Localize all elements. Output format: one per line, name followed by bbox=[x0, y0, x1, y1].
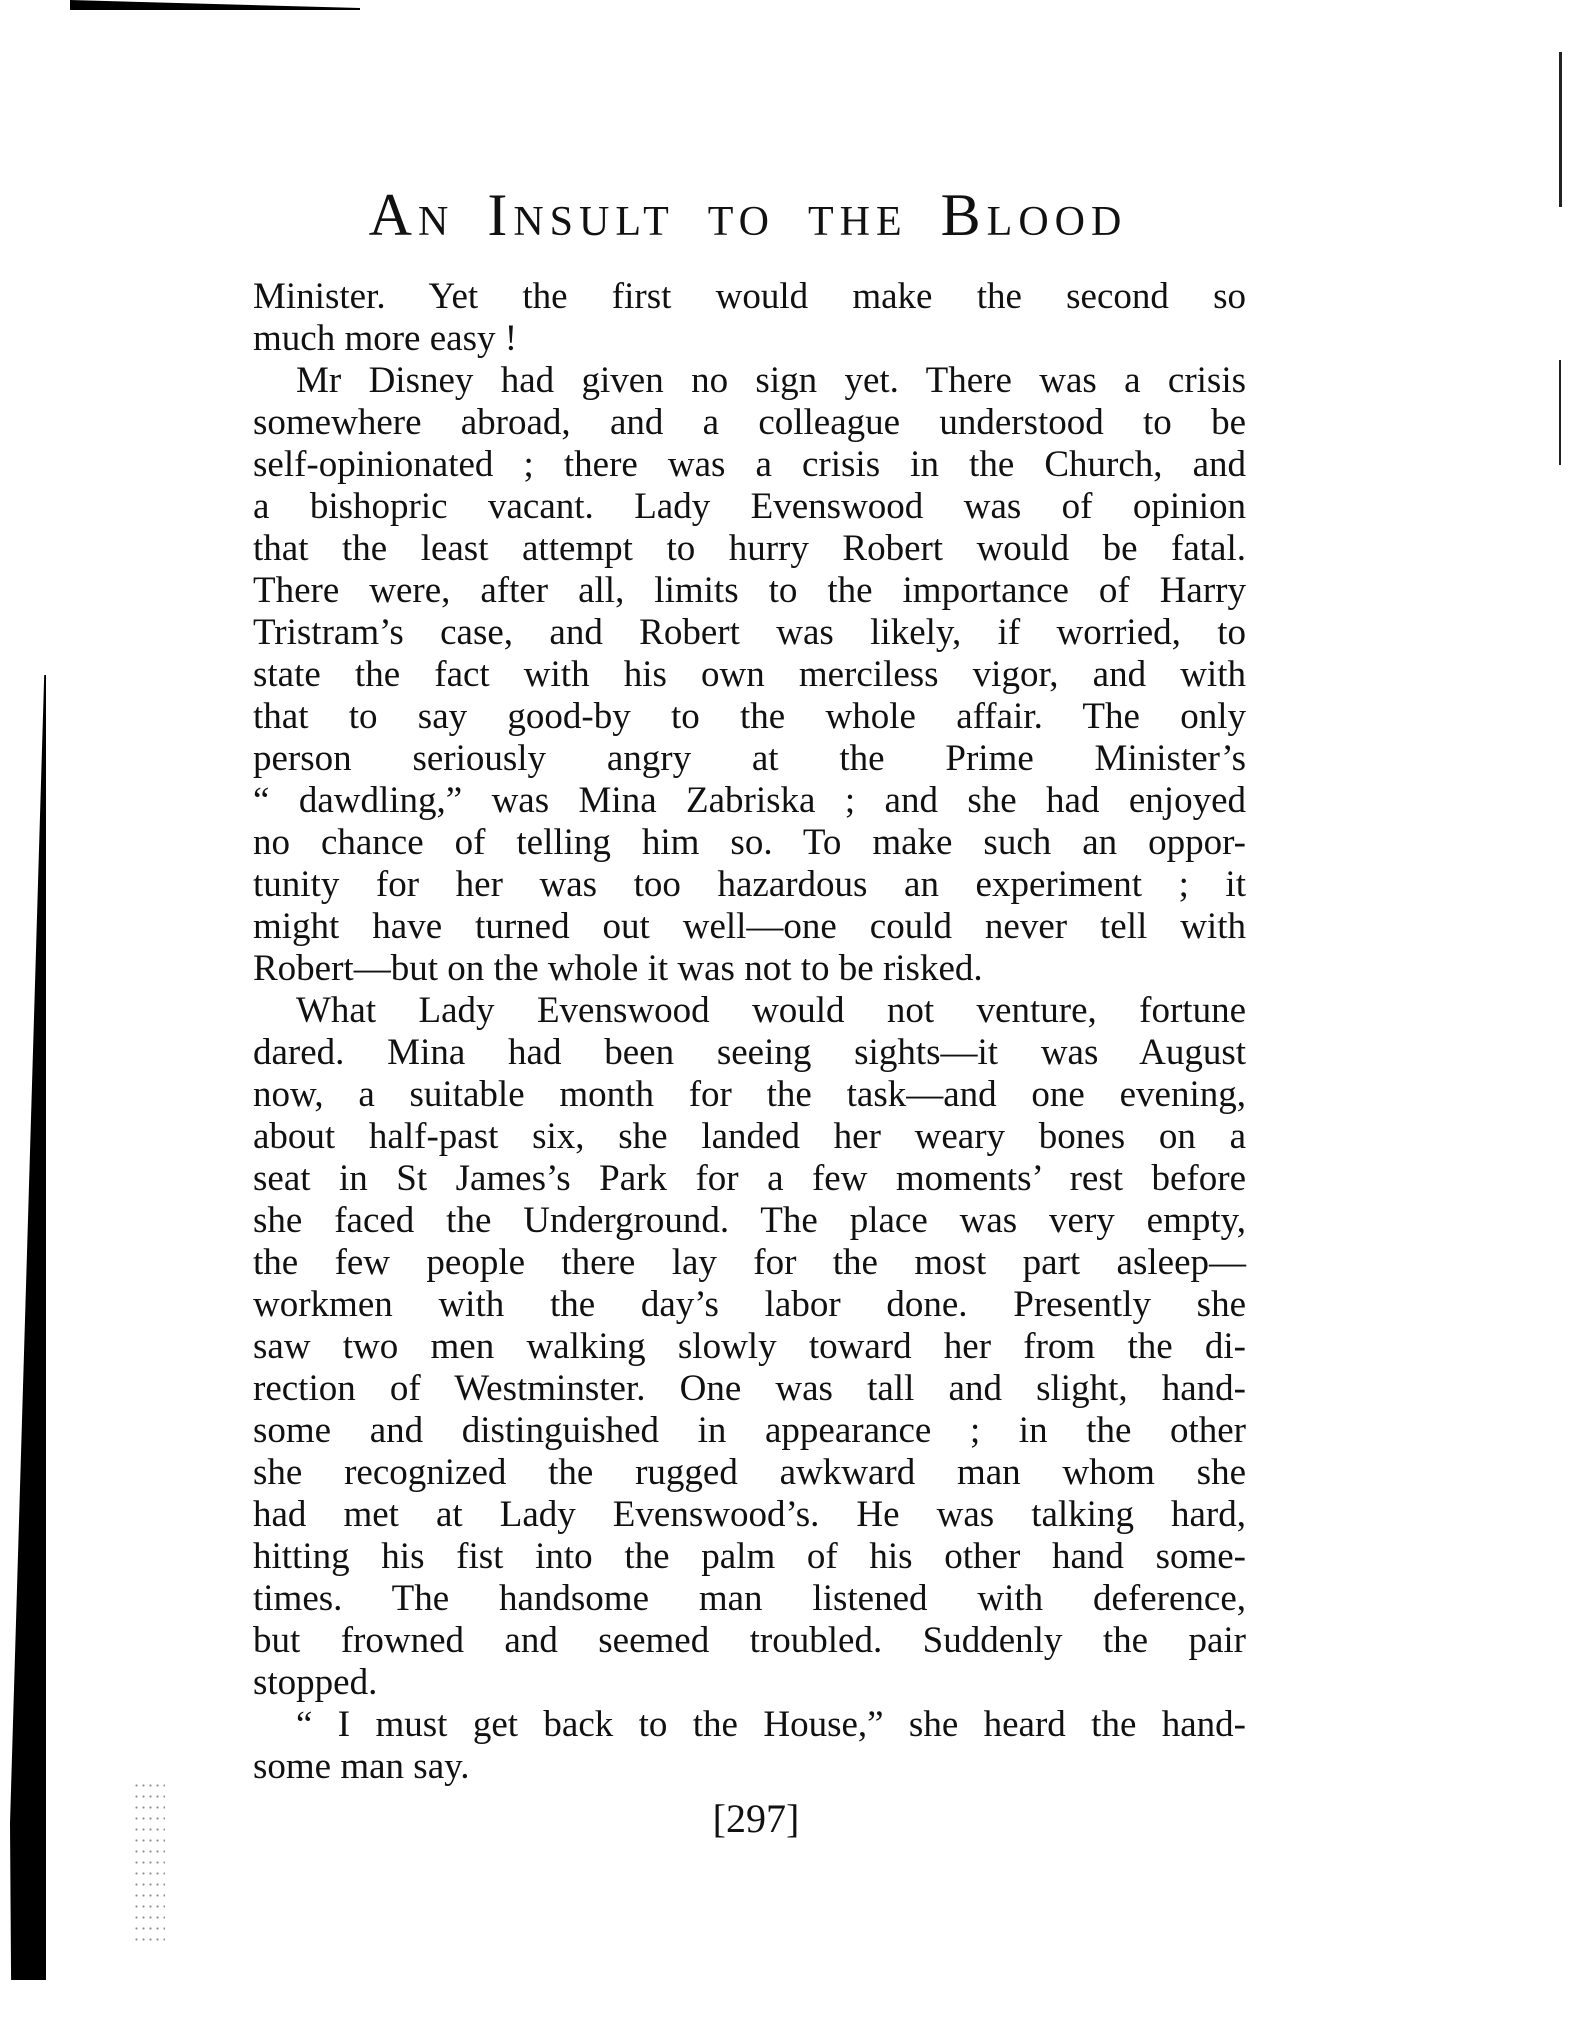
text-line: state the fact with his own merciless vi… bbox=[253, 654, 1246, 696]
text-line: that to say good-by to the whole affair.… bbox=[253, 696, 1246, 738]
text-line: Minister. Yet the first would make the s… bbox=[253, 276, 1246, 318]
text-line: a bishopric vacant. Lady Evenswood was o… bbox=[253, 486, 1246, 528]
text-line: saw two men walking slowly toward her fr… bbox=[253, 1326, 1246, 1368]
text-line: hitting his fist into the palm of his ot… bbox=[253, 1536, 1246, 1578]
text-line: Mr Disney had given no sign yet. There w… bbox=[253, 360, 1246, 402]
text-line: self-opinionated ; there was a crisis in… bbox=[253, 444, 1246, 486]
body-text: Minister. Yet the first would make the s… bbox=[253, 276, 1246, 1788]
text-line: Robert—but on the whole it was not to be… bbox=[253, 948, 1246, 990]
text-line: that the least attempt to hurry Robert w… bbox=[253, 528, 1246, 570]
text-line: person seriously angry at the Prime Mini… bbox=[253, 738, 1246, 780]
scan-artifact-top-rule bbox=[70, 0, 360, 10]
text-line: There were, after all, limits to the imp… bbox=[253, 570, 1246, 612]
text-line: much more easy ! bbox=[253, 318, 1246, 360]
text-line: dared. Mina had been seeing sights—it wa… bbox=[253, 1032, 1246, 1074]
text-line: workmen with the day’s labor done. Prese… bbox=[253, 1284, 1246, 1326]
text-line: now, a suitable month for the task—and o… bbox=[253, 1074, 1246, 1116]
text-line: some man say. bbox=[253, 1746, 1246, 1788]
text-line: tunity for her was too hazardous an expe… bbox=[253, 864, 1246, 906]
text-line: rection of Westminster. One was tall and… bbox=[253, 1368, 1246, 1410]
page-number: [297] bbox=[700, 1796, 812, 1842]
text-line: stopped. bbox=[253, 1662, 1246, 1704]
text-line: Tristram’s case, and Robert was likely, … bbox=[253, 612, 1246, 654]
scan-artifact-specks bbox=[133, 1780, 165, 1945]
text-line: somewhere abroad, and a colleague unders… bbox=[253, 402, 1246, 444]
text-line: times. The handsome man listened with de… bbox=[253, 1578, 1246, 1620]
scan-artifact-left-edge bbox=[10, 675, 46, 1980]
text-line: had met at Lady Evenswood’s. He was talk… bbox=[253, 1494, 1246, 1536]
text-line: she faced the Underground. The place was… bbox=[253, 1200, 1246, 1242]
text-line: “ I must get back to the House,” she hea… bbox=[253, 1704, 1246, 1746]
text-line: seat in St James’s Park for a few moment… bbox=[253, 1158, 1246, 1200]
text-line: might have turned out well—one could nev… bbox=[253, 906, 1246, 948]
text-line: What Lady Evenswood would not venture, f… bbox=[253, 990, 1246, 1032]
scan-artifact-right-edge-lower bbox=[1559, 360, 1561, 465]
text-line: she recognized the rugged awkward man wh… bbox=[253, 1452, 1246, 1494]
text-line: the few people there lay for the most pa… bbox=[253, 1242, 1246, 1284]
text-line: about half-past six, she landed her wear… bbox=[253, 1116, 1246, 1158]
text-line: “ dawdling,” was Mina Zabriska ; and she… bbox=[253, 780, 1246, 822]
scan-artifact-right-edge-upper bbox=[1559, 52, 1562, 207]
text-line: no chance of telling him so. To make suc… bbox=[253, 822, 1246, 864]
text-line: some and distinguished in appearance ; i… bbox=[253, 1410, 1246, 1452]
text-line: but frowned and seemed troubled. Suddenl… bbox=[253, 1620, 1246, 1662]
running-head: An Insult to the Blood bbox=[333, 180, 1163, 250]
